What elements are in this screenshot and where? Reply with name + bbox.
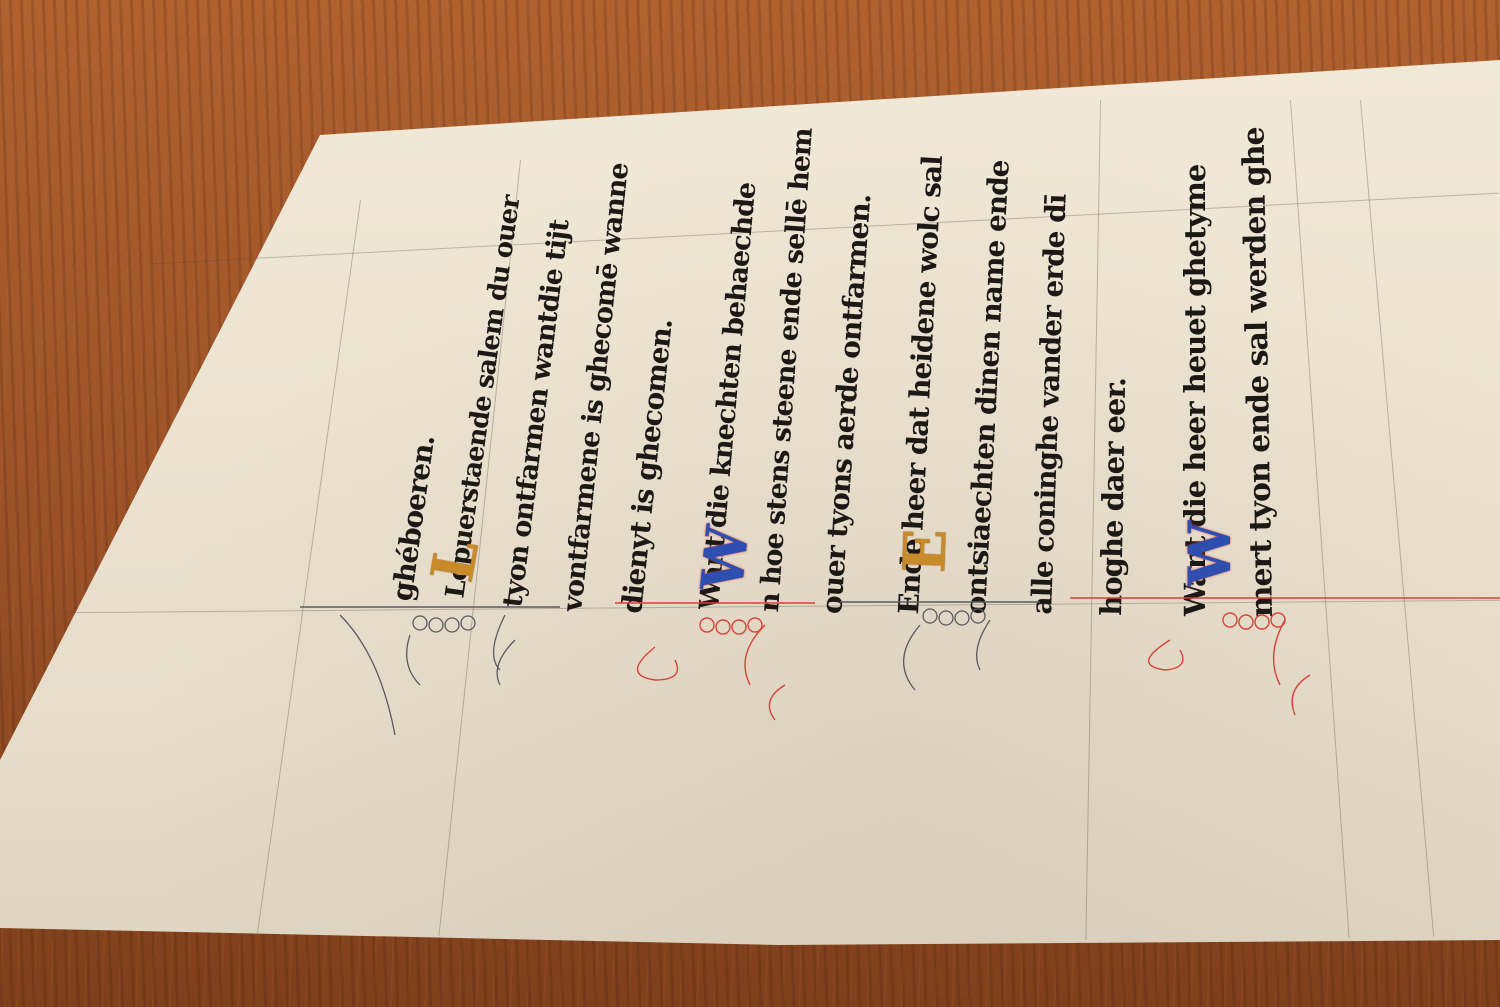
blue-initial: W xyxy=(1174,526,1246,586)
blue-initial: W xyxy=(686,527,764,594)
text-line: ouer tyons aerde ontfarmen. xyxy=(815,193,877,615)
manuscript-leaf: ghéboeren. Lopuerstaende salem du ouer t… xyxy=(0,0,1500,1007)
text-line: dienyt is ghecomen. xyxy=(615,318,679,615)
red-penwork-flourish xyxy=(1070,580,1500,720)
grey-penwork-flourish xyxy=(840,590,1040,710)
text-line: ontsiaechten dinen name ende xyxy=(959,160,1016,615)
gold-initial: L xyxy=(414,525,495,597)
text-line: alle coninghe vander erde dī xyxy=(1025,194,1073,615)
red-penwork-flourish xyxy=(615,595,815,725)
text-line: n hoe stens steene ende sellē hem xyxy=(754,127,819,613)
grey-penwork-flourish xyxy=(300,595,560,745)
gold-initial: E xyxy=(888,520,962,582)
